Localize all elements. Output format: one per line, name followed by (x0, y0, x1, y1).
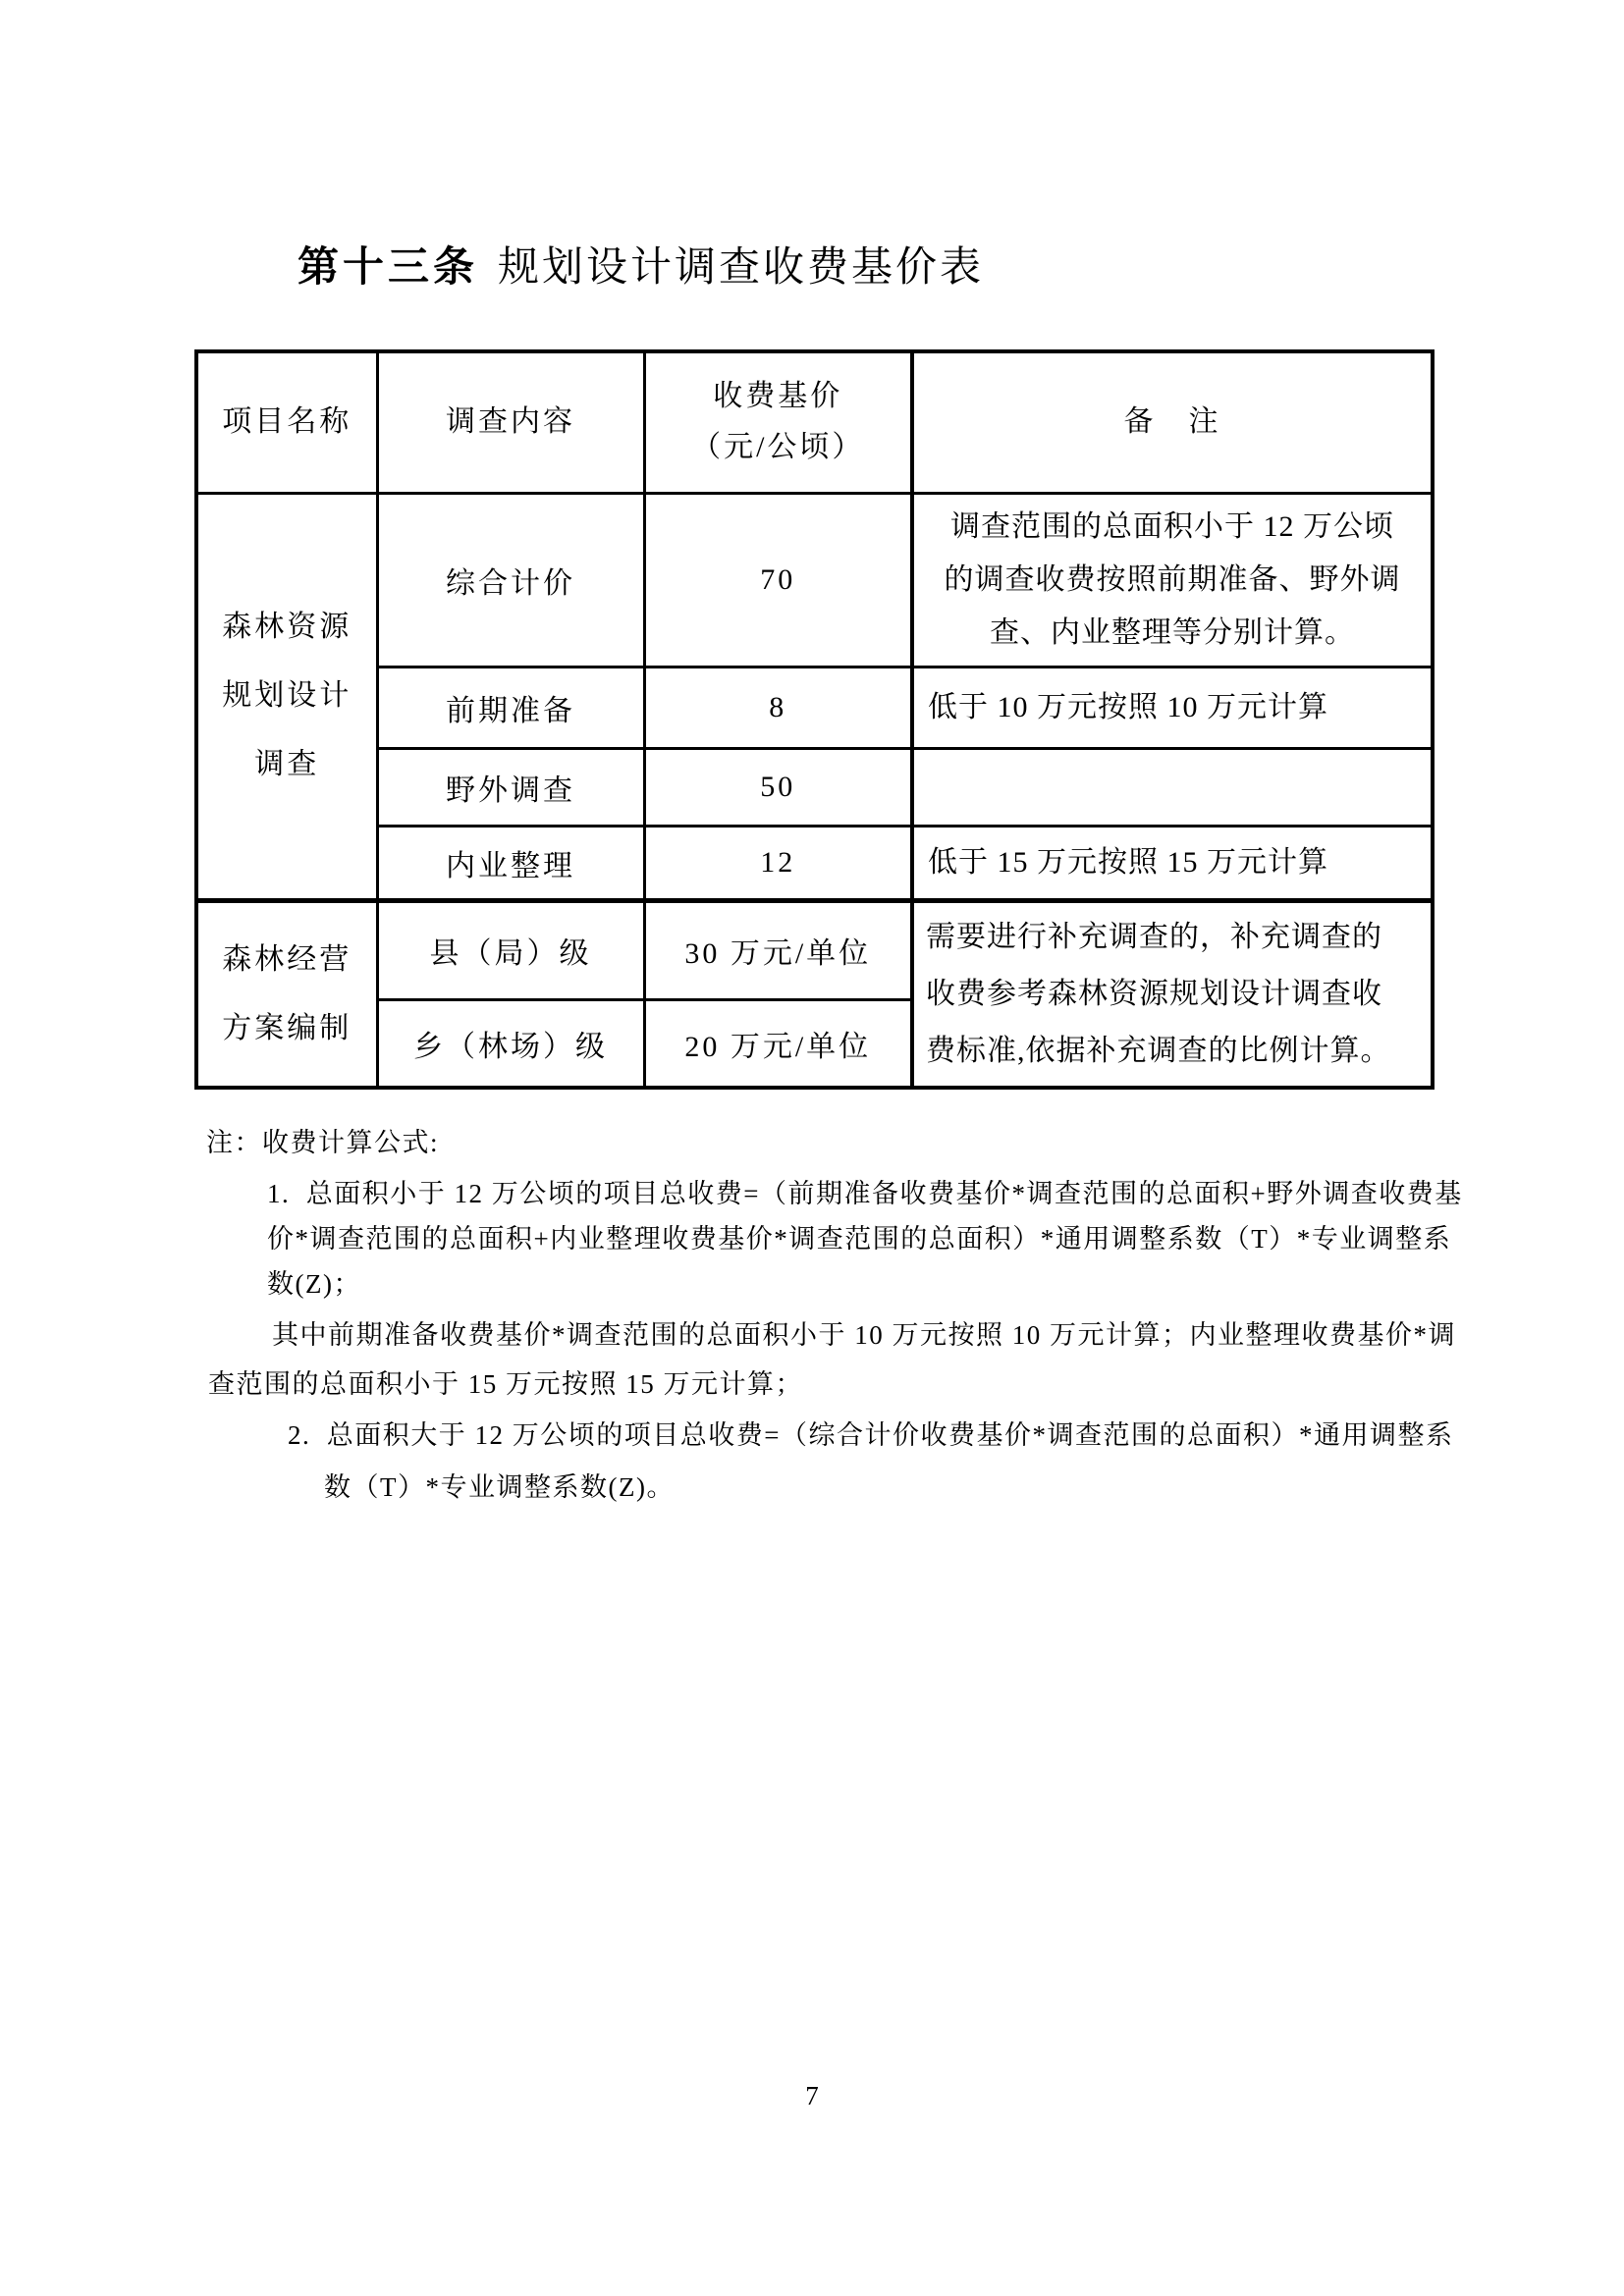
cell-content-field-survey: 野外调查 (377, 748, 644, 826)
cell-content-comprehensive: 综合计价 (377, 493, 644, 667)
cell-price-office-work: 12 (644, 826, 912, 900)
cell-remark-field-survey (912, 748, 1433, 826)
cell-remark-comprehensive: 调查范围的总面积小于 12 万公顷 的调查收费按照前期准备、野外调 查、内业整理… (912, 493, 1433, 667)
note-line-formula1-b: 价*调查范围的总面积+内业整理收费基价*调查范围的总面积）*通用调整系数（T）*… (267, 1222, 1451, 1255)
note-line-condition-b: 查范围的总面积小于 15 万元按照 15 万元计算； (208, 1367, 803, 1401)
cell-content-township-level: 乡（林场）级 (377, 999, 644, 1087)
table-row: 森林经营 方案编制 县（局）级 30 万元/单位 需要进行补充调查的，补充调查的… (196, 900, 1433, 999)
document-page: 第十三条规划设计调查收费基价表 项目名称 调查内容 收费基价 （元/公顷） 备 … (0, 0, 1624, 2296)
cell-content-preparation: 前期准备 (377, 667, 644, 748)
cell-remark-preparation: 低于 10 万元按照 10 万元计算 (912, 667, 1433, 748)
table-row: 野外调查 50 (196, 748, 1433, 826)
table-row: 前期准备 8 低于 10 万元按照 10 万元计算 (196, 667, 1433, 748)
fee-base-price-table: 项目名称 调查内容 收费基价 （元/公顷） 备 注 森林资源 规划设计 调查 综… (194, 349, 1435, 1090)
header-price: 收费基价 （元/公顷） (644, 351, 912, 493)
note-line-formula1-a: 1. 总面积小于 12 万公顷的项目总收费=（前期准备收费基价*调查范围的总面积… (267, 1177, 1463, 1210)
article-title-text: 规划设计调查收费基价表 (498, 245, 984, 291)
table-header-row: 项目名称 调查内容 收费基价 （元/公顷） 备 注 (196, 351, 1433, 493)
cell-project-management-plan: 森林经营 方案编制 (196, 900, 377, 1088)
cell-price-comprehensive: 70 (644, 493, 912, 667)
article-number: 第十三条 (298, 245, 478, 291)
header-remark: 备 注 (912, 351, 1433, 493)
cell-price-county-level: 30 万元/单位 (644, 900, 912, 999)
cell-remark-supplementary: 需要进行补充调查的，补充调查的 收费参考森林资源规划设计调查收 费标准,依据补充… (912, 900, 1433, 1088)
page-number: 7 (0, 2081, 1624, 2111)
cell-remark-office-work: 低于 15 万元按照 15 万元计算 (912, 826, 1433, 900)
note-line-condition-a: 其中前期准备收费基价*调查范围的总面积小于 10 万元按照 10 万元计算；内业… (272, 1318, 1456, 1352)
table-row: 森林资源 规划设计 调查 综合计价 70 调查范围的总面积小于 12 万公顷 的… (196, 493, 1433, 667)
article-title: 第十三条规划设计调查收费基价表 (298, 243, 984, 293)
cell-price-preparation: 8 (644, 667, 912, 748)
note-line-formula2-b: 数（T）*专业调整系数(Z)。 (324, 1470, 675, 1504)
note-line-header: 注：收费计算公式: (206, 1126, 439, 1159)
cell-content-office-work: 内业整理 (377, 826, 644, 900)
header-project: 项目名称 (196, 351, 377, 493)
note-line-formula2-a: 2. 总面积大于 12 万公顷的项目总收费=（综合计价收费基价*调查范围的总面积… (288, 1418, 1453, 1452)
cell-price-field-survey: 50 (644, 748, 912, 826)
cell-content-county-level: 县（局）级 (377, 900, 644, 999)
cell-project-forest-resource: 森林资源 规划设计 调查 (196, 493, 377, 900)
cell-price-township-level: 20 万元/单位 (644, 999, 912, 1087)
note-line-formula1-c: 数(Z)； (267, 1267, 361, 1301)
header-content: 调查内容 (377, 351, 644, 493)
table-row: 内业整理 12 低于 15 万元按照 15 万元计算 (196, 826, 1433, 900)
